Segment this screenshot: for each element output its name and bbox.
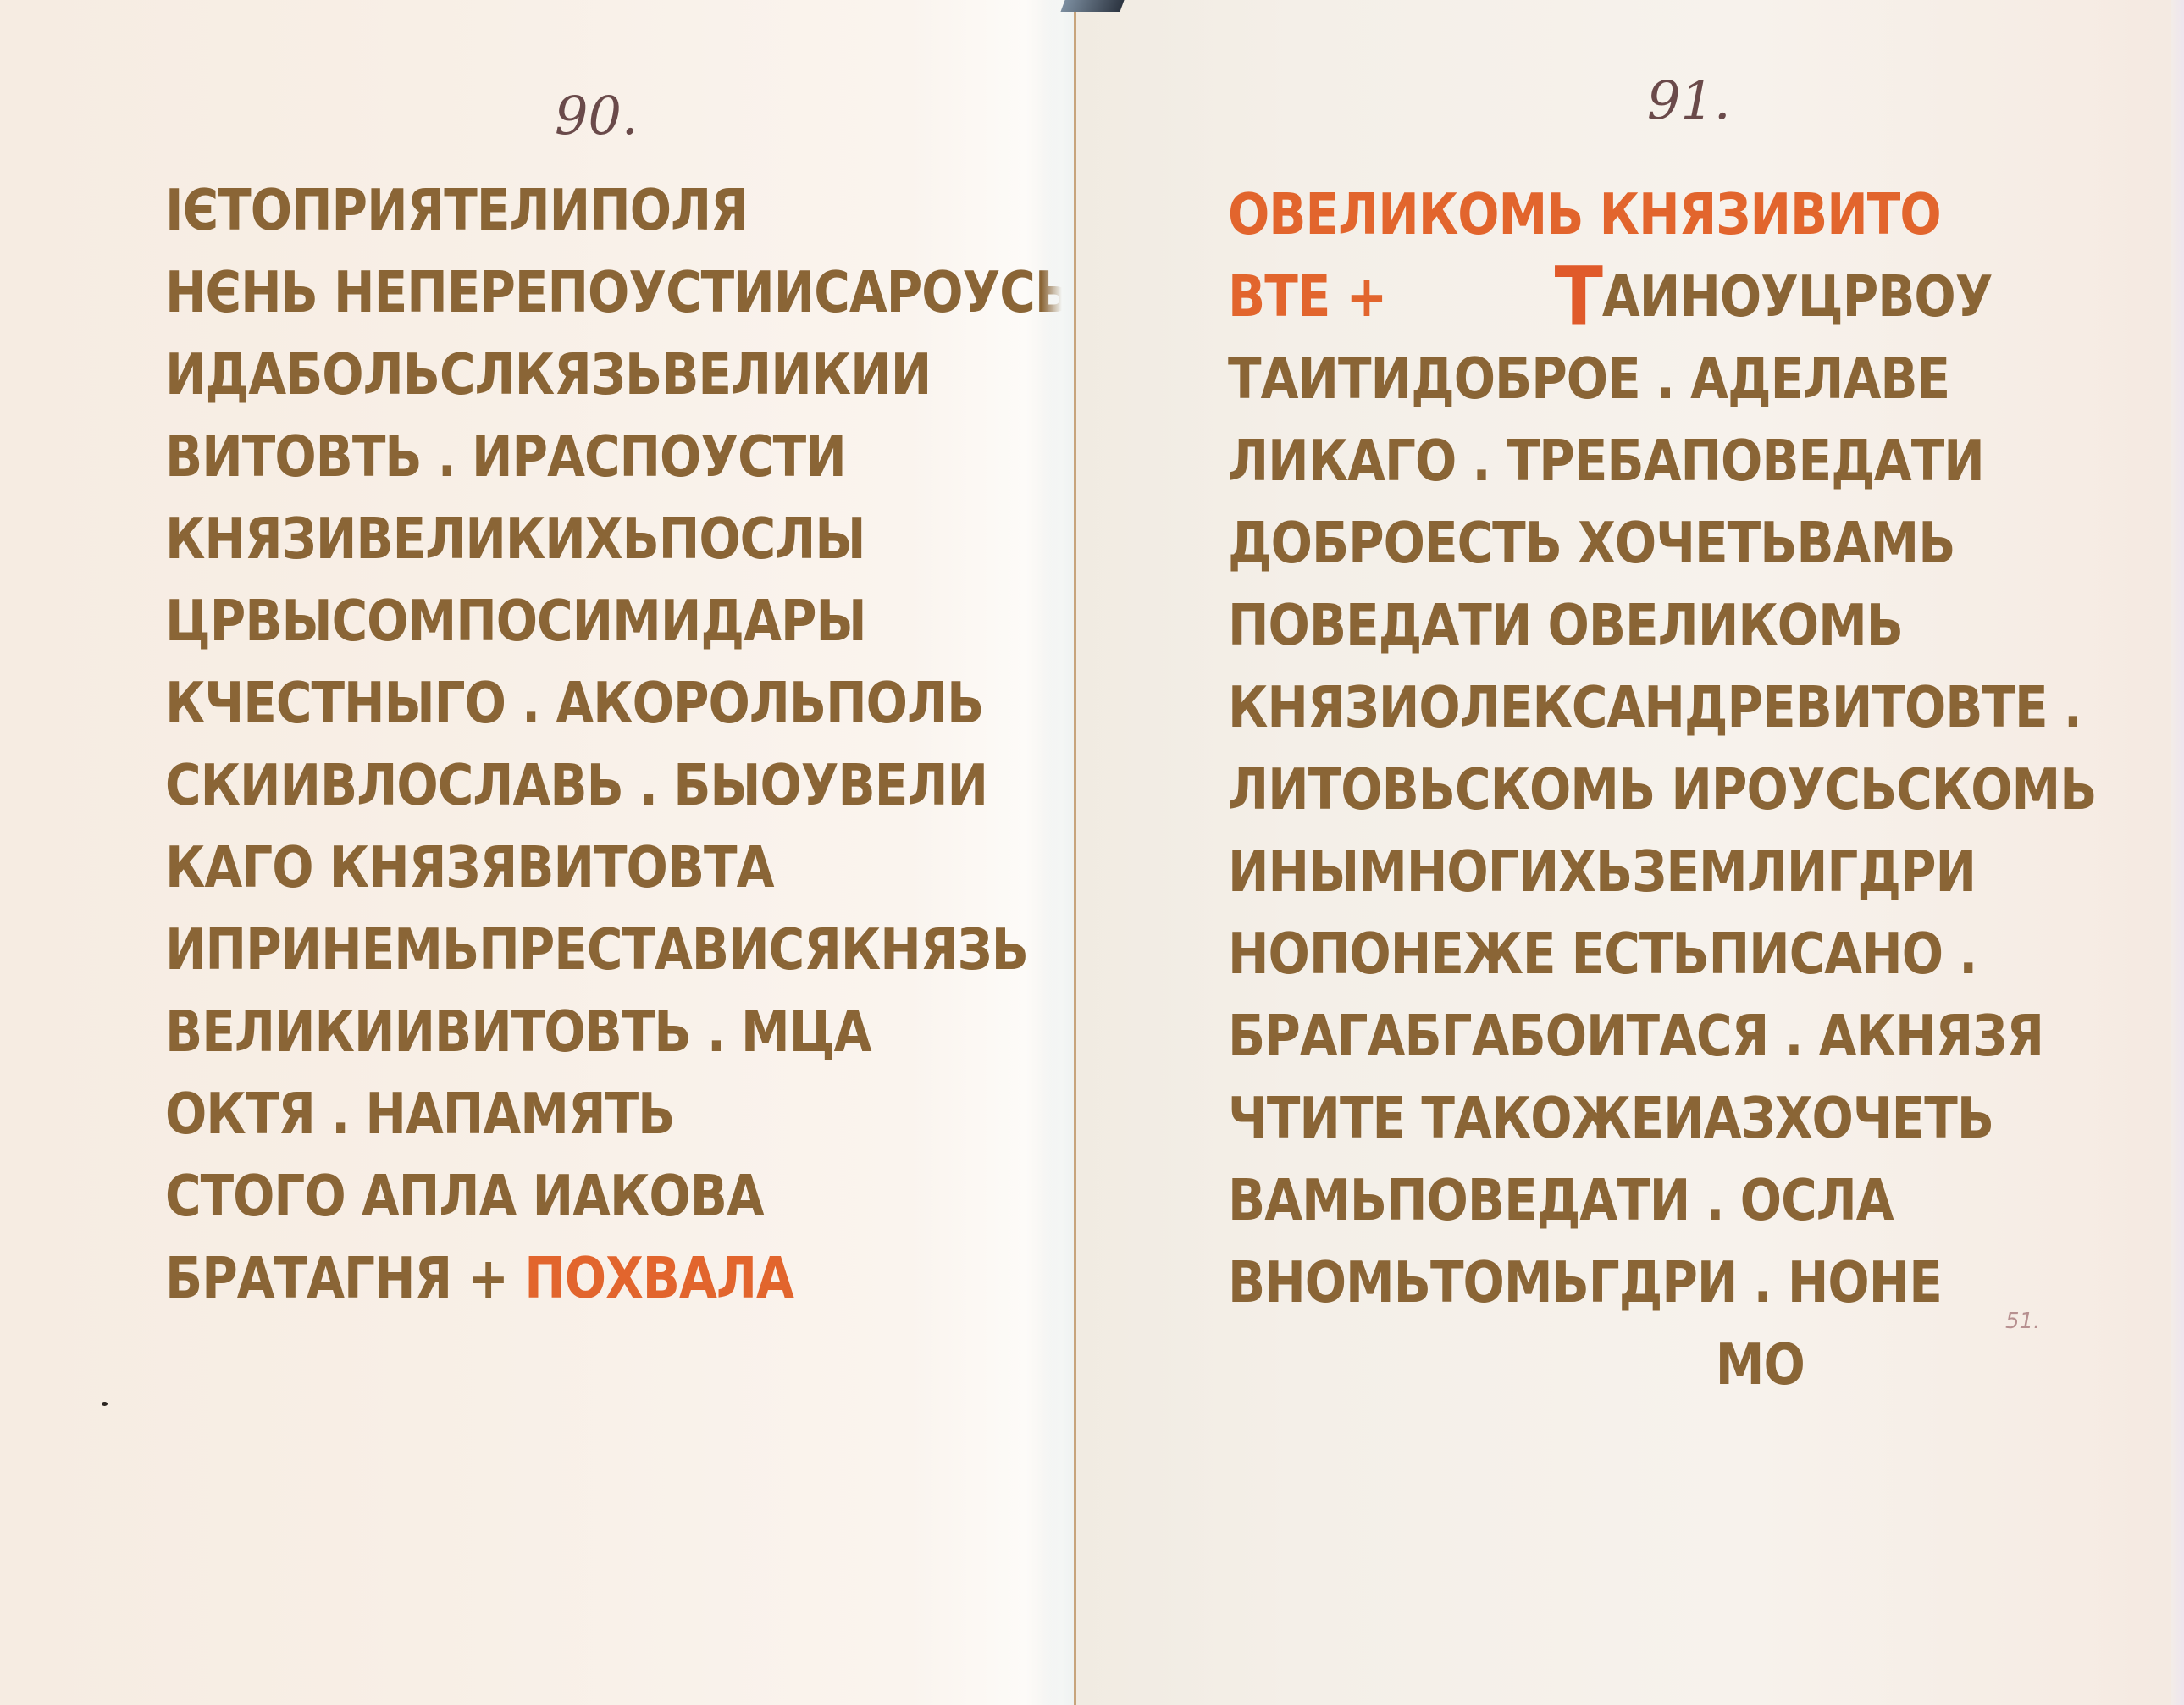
text-line: ЛИКАГО . ТРЕБАПОВЕДАТИ	[1228, 414, 2066, 509]
text-line: ІЄТОПРИЯТЕЛИПОЛЯ	[165, 163, 961, 258]
text-line: ЛИТОВЬСКОМЬ ИРОУСЬСКОМЬ	[1228, 743, 2066, 838]
text-line: ЧТИТЕ ТАКОЖЕИАЗХОЧЕТЬ	[1228, 1071, 2066, 1166]
text-line: ВИТОВТЬ . ИРАСПОУСТИ	[165, 410, 961, 505]
text-line: ТАИТИДОБРОЕ . АДЕЛАВЕ	[1228, 332, 2066, 427]
text-line: ЦРВЫСОМПОСИМИДАРЫ	[165, 574, 961, 669]
text-segment: БРАТАГНЯ +	[165, 1245, 508, 1311]
text-line: ВНОМЬТОМЬГДРИ . НОНЕ	[1228, 1236, 2066, 1331]
text-line: ДОБРОЕСТЬ ХОЧЕТЬВАМЬ	[1228, 496, 2066, 591]
text-segment: АИНОУЦРВОУ	[1602, 263, 1993, 329]
rubric-segment: ВТЕ +	[1228, 263, 1386, 329]
text-line: КНЯЗИВЕЛИКИХЬПОСЛЫ	[165, 492, 961, 587]
text-line: ВАМЬПОВЕДАТИ . ОСЛА	[1228, 1154, 2066, 1248]
text-line: МО	[1228, 1318, 2066, 1413]
text-line: НОПОНЕЖЕ ЕСТЬПИСАНО .	[1228, 907, 2066, 1002]
text-line: КНЯЗИОЛЕКСАНДРЕВИТОВТЕ .	[1228, 661, 2066, 756]
text-line: НЄНЬ НЕПЕРЕПОУСТИИСАРОУСЬ	[165, 246, 961, 340]
text-line: БРАГАБГАБОИТАСЯ . АКНЯЗЯ	[1228, 989, 2066, 1084]
left-page-text: ІЄТОПРИЯТЕЛИПОЛЯ НЄНЬ НЕПЕРЕПОУСТИИСАРОУ…	[165, 169, 961, 1320]
text-line: ОКТЯ . НАПАМЯТЬ	[165, 1067, 961, 1162]
text-line-last: БРАТАГНЯ + ПОХВАЛА	[165, 1232, 961, 1326]
text-line: СКИИВЛОСЛАВЬ . БЫОУВЕЛИ	[165, 739, 961, 833]
gutter	[1042, 0, 1075, 1705]
folio-number-left: 90.	[555, 85, 639, 147]
text-line: ИНЫМНОГИХЬЗЕМЛИГДРИ	[1228, 825, 2066, 920]
text-line-with-initial: ВТЕ + ТАИНОУЦРВОУ	[1228, 250, 2066, 345]
ink-speck	[102, 1402, 108, 1406]
text-line: ИПРИНЕМЬПРЕСТАВИСЯКНЯЗЬ	[165, 903, 961, 998]
rubric-line: ОВЕЛИКОМЬ КНЯЗИВИТО	[1228, 168, 2066, 263]
initial-letter: Т	[1555, 249, 1602, 345]
text-line: КЧЕСТНЫГО . АКОРОЛЬПОЛЬ	[165, 656, 961, 751]
right-page-text: ОВЕЛИКОМЬ КНЯЗИВИТО ВТЕ + ТАИНОУЦРВОУ ТА…	[1228, 174, 2066, 1406]
bookmark-ribbon	[1060, 0, 1124, 12]
left-page: 90. ІЄТОПРИЯТЕЛИПОЛЯ НЄНЬ НЕПЕРЕПОУСТИИС…	[0, 0, 1069, 1705]
rubric-heading: ПОХВАЛА	[524, 1245, 793, 1311]
text-line: ВЕЛИКИИВИТОВТЬ . МЦА	[165, 985, 961, 1080]
folio-number-right: 91.	[1647, 69, 1731, 131]
text-line: ПОВЕДАТИ ОВЕЛИКОМЬ	[1228, 578, 2066, 673]
page-edge	[2171, 0, 2184, 1705]
text-line: ИДАБОЛЬСЛКЯЗЬВЕЛИКИИ	[165, 328, 961, 423]
manuscript-spread: 90. ІЄТОПРИЯТЕЛИПОЛЯ НЄНЬ НЕПЕРЕПОУСТИИС…	[0, 0, 2184, 1705]
text-line: СТОГО АПЛА ИАКОВА	[165, 1149, 961, 1244]
text-line: КАГО КНЯЗЯВИТОВТА	[165, 821, 961, 916]
